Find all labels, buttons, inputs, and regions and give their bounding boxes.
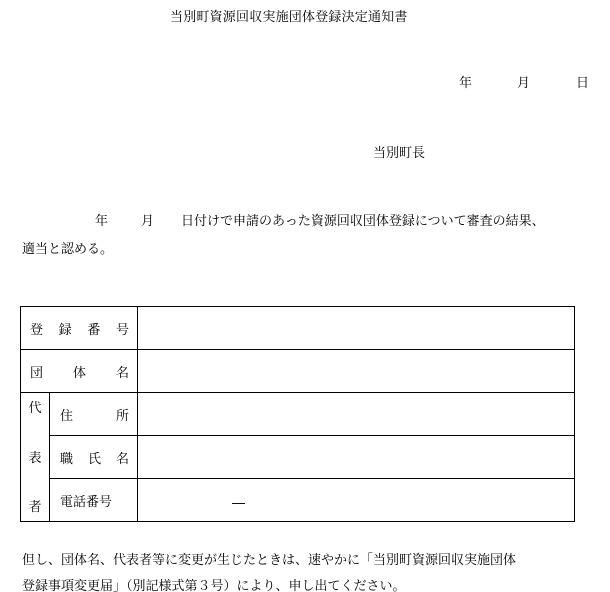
label-char: 者 <box>28 496 41 515</box>
body-line-1: 年月日付けで申請のあった資源回収団体登録について審査の結果、 <box>22 210 545 229</box>
body-year: 年 <box>95 214 108 229</box>
document-title: 当別町資源回収実施団体登録決定通知書 <box>170 6 408 25</box>
date-day: 日 <box>576 72 589 91</box>
label-char: 名 <box>116 448 129 467</box>
note-line-2: 登録事項変更届」（別記様式第３号）により、申し出てください。 <box>22 575 406 592</box>
label-address: 住 所 <box>50 393 138 436</box>
title-name-field[interactable] <box>138 436 575 479</box>
label-char: 氏 <box>88 448 101 467</box>
registration-number-field[interactable] <box>138 307 575 350</box>
date-year: 年 <box>459 72 472 91</box>
label-char: 体 <box>73 362 86 381</box>
body-text: 日付けで申請のあった資源回収団体登録について審査の結果、 <box>181 214 545 229</box>
body-month: 月 <box>141 214 154 229</box>
table-row-registration-number: 登 録 番 号 <box>21 307 575 350</box>
label-representative: 代 表 者 <box>21 393 50 522</box>
label-char: 住 <box>60 405 73 424</box>
date-line: 年月日 <box>459 72 589 91</box>
label-char: 所 <box>116 405 129 424</box>
label-char: 団 <box>30 362 43 381</box>
note-line-1: 但し、団体名、代表者等に変更が生じたときは、速やかに「当別町資源回収実施団体 <box>22 549 516 568</box>
label-group-name: 団 体 名 <box>21 350 138 393</box>
table-row-title-name: 職 氏 名 <box>21 436 575 479</box>
label-registration-number: 登 録 番 号 <box>21 307 138 350</box>
table-row-phone: 電話番号 <box>21 479 575 522</box>
body-line-2: 適当と認める。 <box>22 238 113 257</box>
registration-table: 登 録 番 号 団 体 名 代 表 者 住 <box>20 306 575 522</box>
date-month: 月 <box>517 72 530 91</box>
issuer: 当別町長 <box>373 142 425 161</box>
table-row-address: 代 表 者 住 所 <box>21 393 575 436</box>
label-char: 職 <box>60 448 73 467</box>
group-name-field[interactable] <box>138 350 575 393</box>
label-char: 号 <box>116 319 129 338</box>
label-char: 代 <box>28 397 41 416</box>
phone-field[interactable] <box>138 479 575 522</box>
table-row-group-name: 団 体 名 <box>21 350 575 393</box>
label-char: 表 <box>28 447 41 466</box>
label-char: 録 <box>59 319 72 338</box>
label-char: 名 <box>116 362 129 381</box>
label-char: 番 <box>87 319 100 338</box>
label-phone: 電話番号 <box>50 479 138 522</box>
label-char: 登 <box>30 319 43 338</box>
address-field[interactable] <box>138 393 575 436</box>
label-title-name: 職 氏 名 <box>50 436 138 479</box>
phone-separator: ― <box>232 496 245 511</box>
label-phone-text: 電話番号 <box>50 491 137 510</box>
